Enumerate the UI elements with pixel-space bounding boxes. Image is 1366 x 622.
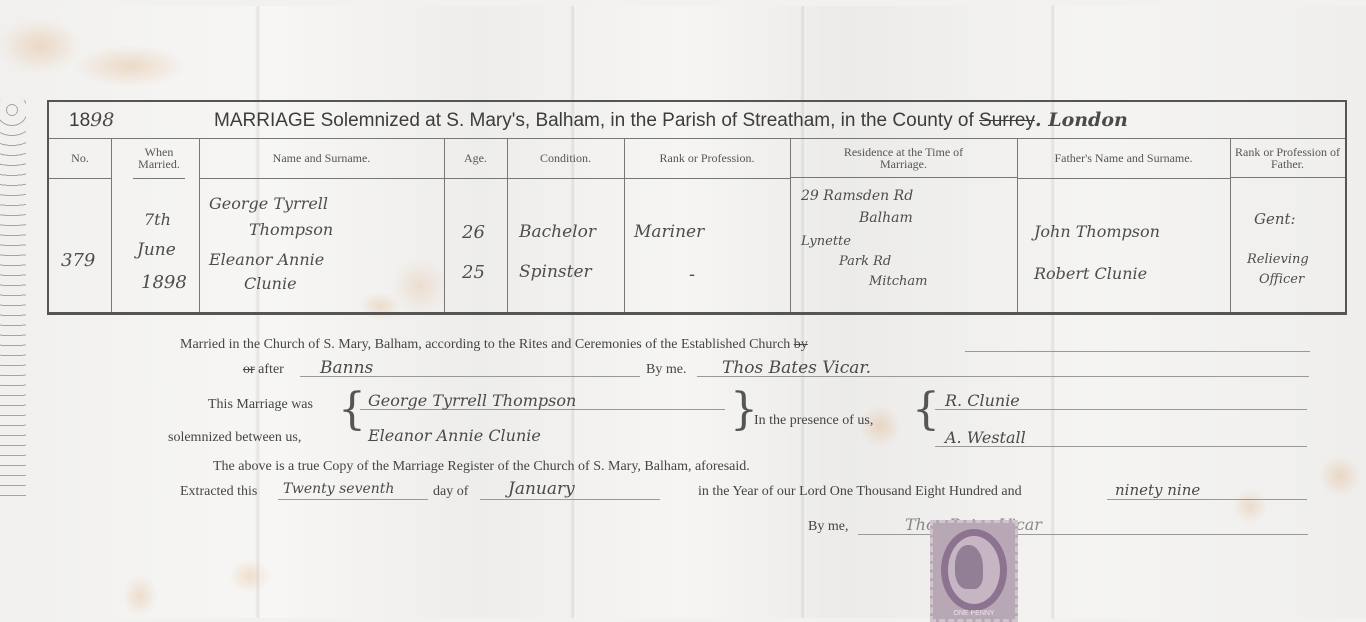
extracted-year: ninety nine <box>1115 481 1200 499</box>
groom-father: John Thompson <box>1034 222 1160 241</box>
header-residence: Residence at the Time of Marriage. <box>790 138 1017 178</box>
banns-value: Banns <box>320 358 373 378</box>
title-prefix: MARRIAGE Solemnized at S. Mary's, Balham… <box>214 110 974 131</box>
groom-father-rank: Gent: <box>1254 210 1296 228</box>
header-rank: Rank or Profession. <box>624 138 790 179</box>
year-printed: 18 <box>69 110 90 131</box>
county-handwritten: . London <box>1035 109 1128 131</box>
bride-residence-line1: Lynette <box>801 234 851 249</box>
register-title: 1898 MARRIAGE Solemnized at S. Mary's, B… <box>49 102 1345 139</box>
bride-father: Robert Clunie <box>1034 264 1147 283</box>
party1-signature: George Tyrrell Thompson <box>368 391 576 410</box>
bride-residence-line3: Mitcham <box>869 274 927 289</box>
bride-rank: - <box>689 264 695 285</box>
married-in-label: Married in the Church of S. Mary, Balham… <box>180 337 790 352</box>
by-struck: by <box>794 337 808 352</box>
register-year: 1898 <box>69 109 114 132</box>
by-me2-label: By me, <box>808 519 848 535</box>
header-no: No. <box>49 138 111 179</box>
party2-signature: Eleanor Annie Clunie <box>368 426 541 445</box>
witness2-signature: A. Westall <box>945 428 1026 447</box>
this-marriage-label: This Marriage was <box>208 397 313 413</box>
groom-name-line2: Thompson <box>249 220 333 239</box>
after-label: after <box>258 362 284 377</box>
bride-name-line1: Eleanor Annie <box>209 250 324 269</box>
struck-line <box>965 333 1310 352</box>
stamp-value: ONE PENNY <box>933 610 1015 617</box>
entry-year: 1898 <box>141 272 187 293</box>
bride-name-line2: Clunie <box>244 274 297 293</box>
true-copy-text: The above is a true Copy of the Marriage… <box>213 459 750 475</box>
bride-condition: Spinster <box>519 262 592 282</box>
or-struck: or <box>243 362 255 377</box>
header-name: Name and Surname. <box>199 138 444 179</box>
by-me-label: By me. <box>646 362 686 378</box>
postage-stamp: ONE PENNY <box>930 520 1018 622</box>
entry-day: 7th <box>144 210 171 229</box>
witness1-signature: R. Clunie <box>945 391 1020 410</box>
register-table: 1898 MARRIAGE Solemnized at S. Mary's, B… <box>47 100 1347 315</box>
presence-label: In the presence of us, <box>754 413 873 429</box>
header-father: Father's Name and Surname. <box>1017 138 1230 179</box>
bride-age: 25 <box>462 262 485 283</box>
officiant-signature: Thos Bates Vicar. <box>722 358 871 378</box>
bride-father-rank-line1: Relieving <box>1247 252 1309 267</box>
solemnized-label: solemnized between us, <box>168 430 301 446</box>
entry-number: 379 <box>61 250 95 271</box>
queen-portrait-icon <box>955 545 983 589</box>
title-text: MARRIAGE Solemnized at S. Mary's, Balham… <box>214 109 1128 132</box>
header-when-married: When Married. <box>133 138 185 179</box>
ornamental-border <box>0 100 26 500</box>
extracted-label: Extracted this <box>180 484 257 500</box>
bride-residence-line2: Park Rd <box>839 254 891 269</box>
column-divider <box>111 138 112 312</box>
entry-month: June <box>137 240 176 260</box>
groom-name-line1: George Tyrrell <box>209 194 328 213</box>
extracted-day: Twenty seventh <box>283 481 394 497</box>
extracted-month: January <box>508 479 575 499</box>
bride-father-rank-line2: Officer <box>1259 272 1304 287</box>
married-in-text: Married in the Church of S. Mary, Balham… <box>180 337 808 353</box>
year-handwritten: 98 <box>90 109 114 131</box>
year-label: in the Year of our Lord One Thousand Eig… <box>698 484 1022 500</box>
groom-residence-line1: 29 Ramsden Rd <box>801 188 913 204</box>
day-of-label: day of <box>433 484 468 500</box>
after-label-wrap: or after <box>243 362 284 378</box>
header-condition: Condition. <box>507 138 624 179</box>
groom-residence-line2: Balham <box>859 210 913 226</box>
groom-rank: Mariner <box>634 222 704 242</box>
header-age: Age. <box>444 138 507 179</box>
groom-age: 26 <box>462 222 485 243</box>
groom-condition: Bachelor <box>519 222 596 242</box>
header-father-rank: Rank or Profession of Father. <box>1230 138 1345 178</box>
county-struck: Surrey <box>979 110 1035 131</box>
